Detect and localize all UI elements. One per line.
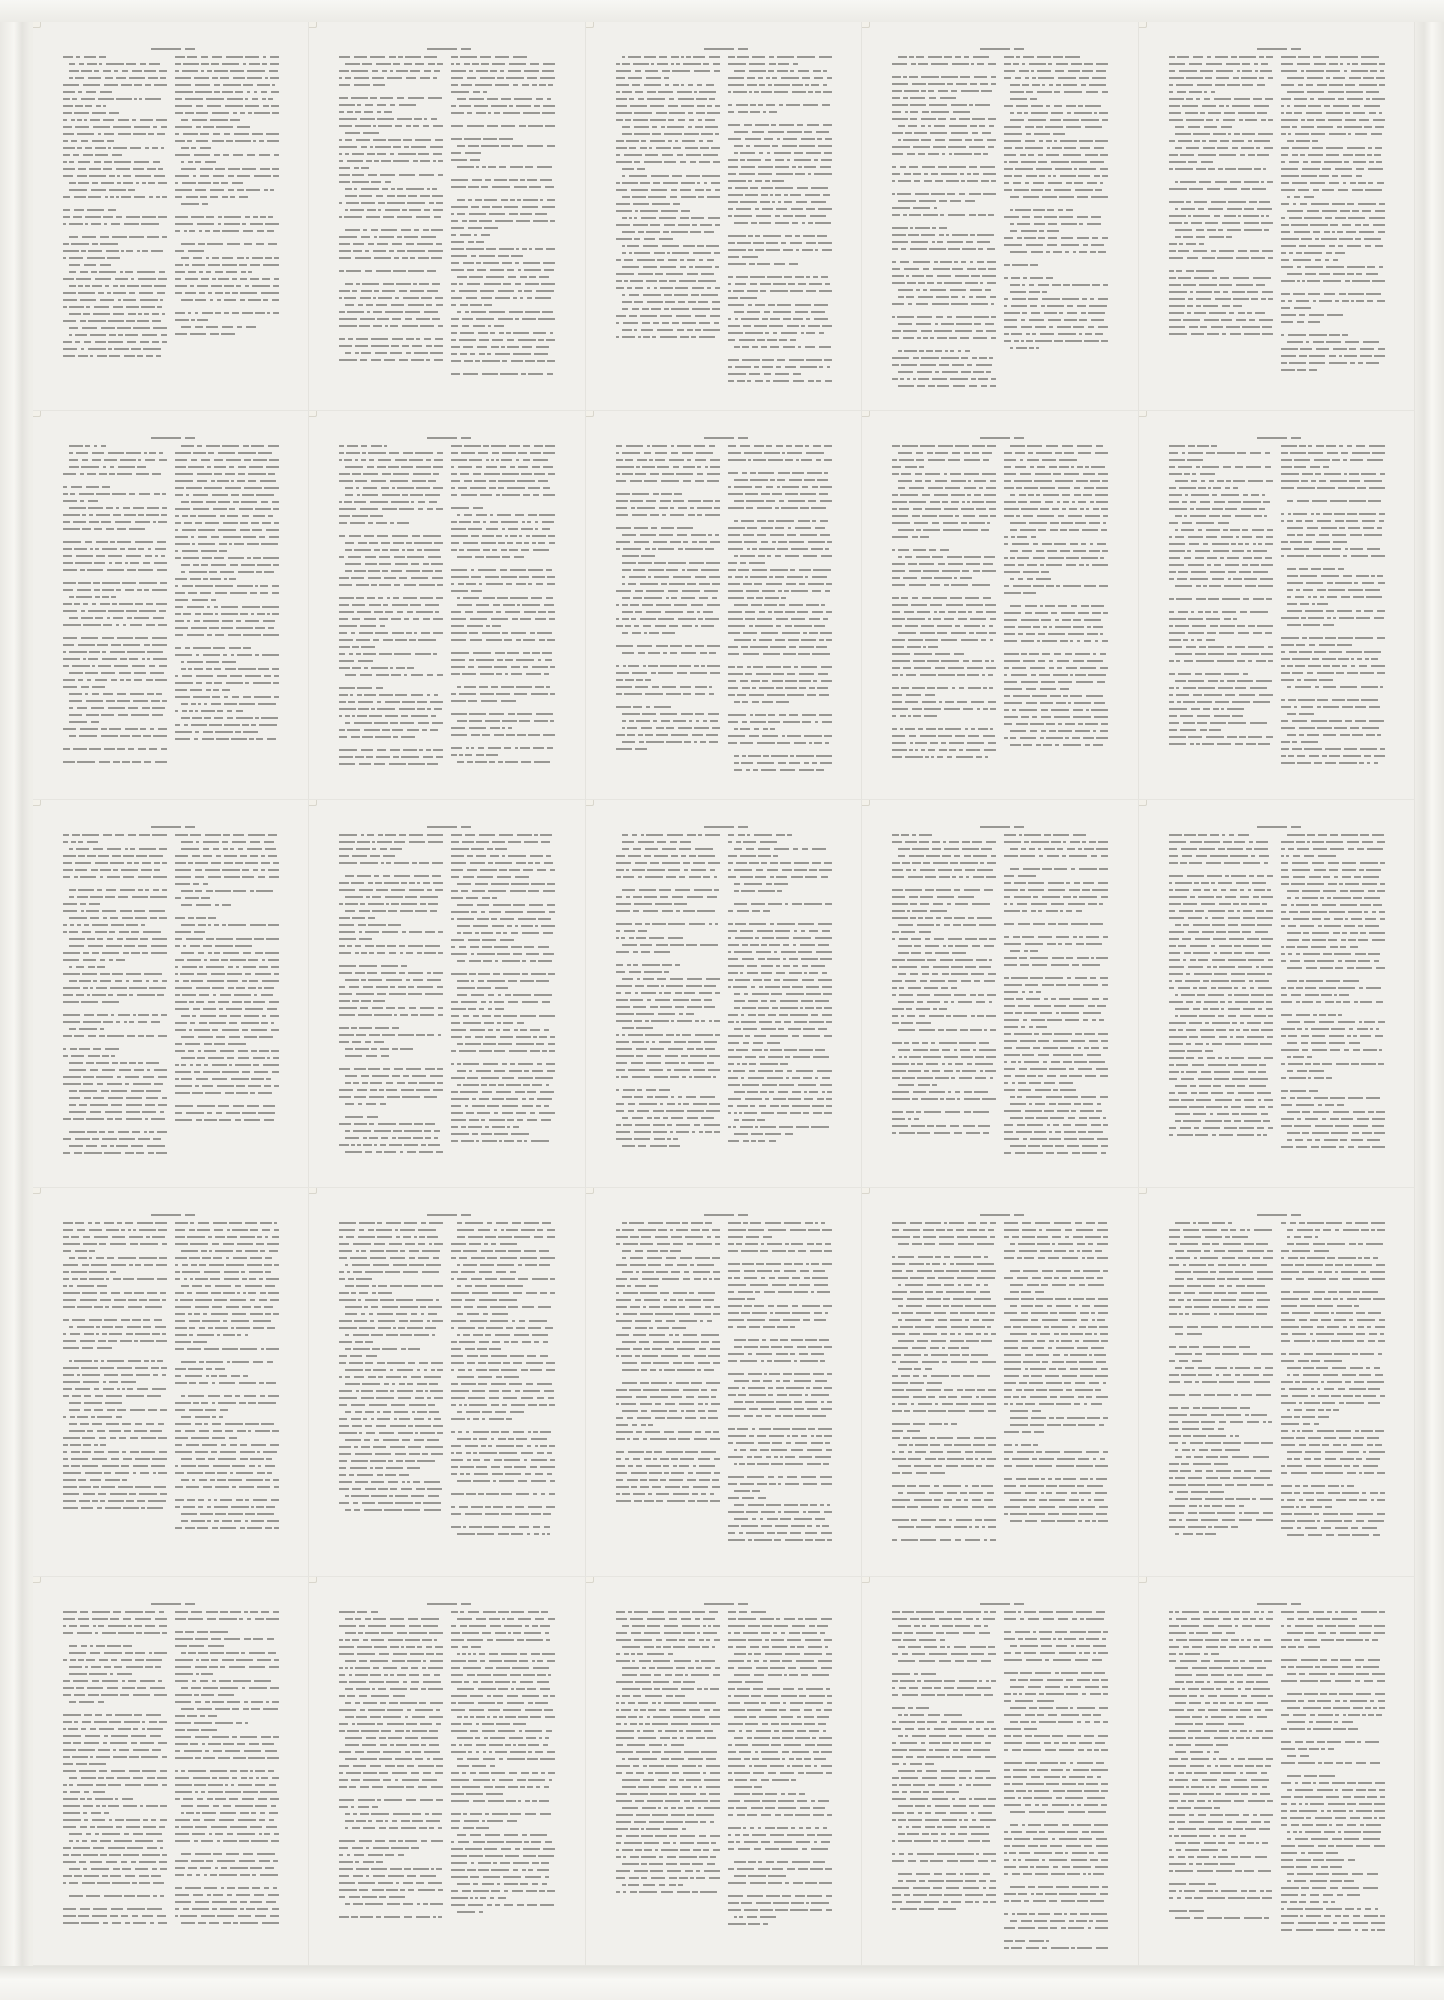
mounting-hinge bbox=[586, 22, 594, 28]
page-header bbox=[862, 437, 1137, 440]
page-header bbox=[862, 48, 1137, 51]
text-column-1 bbox=[339, 834, 443, 1158]
page-r4c3 bbox=[586, 1188, 862, 1577]
page-r5c5 bbox=[1139, 1577, 1415, 1966]
text-column-2 bbox=[175, 1611, 279, 1929]
page-header bbox=[309, 826, 584, 829]
page-header bbox=[33, 826, 308, 829]
page-grid bbox=[33, 22, 1415, 1966]
mounting-hinge bbox=[1139, 411, 1147, 417]
mounting-hinge bbox=[33, 411, 41, 417]
mounting-hinge bbox=[1139, 800, 1147, 806]
mounting-hinge bbox=[1139, 22, 1147, 28]
mounting-hinge bbox=[1139, 1577, 1147, 1583]
page-header bbox=[309, 1214, 584, 1217]
page-header bbox=[1139, 437, 1414, 440]
mounting-hinge bbox=[309, 1188, 317, 1194]
text-column-2 bbox=[451, 445, 555, 768]
page-r1c4 bbox=[862, 22, 1138, 411]
mounting-hinge bbox=[309, 22, 317, 28]
page-header bbox=[309, 48, 584, 51]
text-column-1 bbox=[63, 1222, 167, 1514]
text-column-1 bbox=[892, 56, 996, 392]
text-column-2 bbox=[1004, 445, 1108, 751]
page-header bbox=[33, 1603, 308, 1606]
text-column-1 bbox=[1169, 445, 1273, 750]
page-r3c3 bbox=[586, 800, 862, 1189]
page-r4c1 bbox=[33, 1188, 309, 1577]
page-header bbox=[586, 437, 861, 440]
page-header bbox=[1139, 48, 1414, 51]
text-column-1 bbox=[1169, 1222, 1273, 1540]
text-column-1 bbox=[63, 445, 167, 768]
page-header bbox=[586, 1603, 861, 1606]
mounting-hinge bbox=[862, 800, 870, 806]
mounting-hinge bbox=[33, 1577, 41, 1583]
text-column-1 bbox=[339, 56, 443, 366]
text-column-2 bbox=[1281, 445, 1385, 769]
text-column-2 bbox=[728, 834, 832, 1153]
page-r1c2 bbox=[309, 22, 585, 411]
text-column-2 bbox=[1281, 1611, 1385, 1936]
mounting-hinge bbox=[1139, 1188, 1147, 1194]
page-r1c3 bbox=[586, 22, 862, 411]
page-r2c1 bbox=[33, 411, 309, 800]
page-r2c3 bbox=[586, 411, 862, 800]
mounting-hinge bbox=[309, 1577, 317, 1583]
text-column-2 bbox=[175, 834, 279, 1126]
page-r3c1 bbox=[33, 800, 309, 1189]
frame-top-edge bbox=[0, 0, 1444, 22]
page-header bbox=[33, 437, 308, 440]
text-column-1 bbox=[616, 1222, 720, 1507]
text-column-1 bbox=[892, 1611, 996, 1915]
text-column-2 bbox=[175, 445, 279, 745]
page-header bbox=[33, 48, 308, 51]
page-r2c2 bbox=[309, 411, 585, 800]
text-column-2 bbox=[451, 56, 555, 380]
page-header bbox=[862, 1603, 1137, 1606]
text-column-1 bbox=[616, 56, 720, 343]
page-r1c5 bbox=[1139, 22, 1415, 411]
mounting-hinge bbox=[309, 800, 317, 806]
page-r4c2 bbox=[309, 1188, 585, 1577]
page-r2c5 bbox=[1139, 411, 1415, 800]
page-r1c1 bbox=[33, 22, 309, 411]
mounting-hinge bbox=[309, 411, 317, 417]
page-r5c4 bbox=[862, 1577, 1138, 1966]
page-header bbox=[33, 1214, 308, 1217]
page-r3c5 bbox=[1139, 800, 1415, 1189]
text-column-2 bbox=[728, 1222, 832, 1546]
mounting-hinge bbox=[862, 1188, 870, 1194]
text-column-2 bbox=[1281, 1222, 1385, 1541]
text-column-1 bbox=[339, 1222, 443, 1516]
page-header bbox=[862, 1214, 1137, 1217]
page-header bbox=[862, 826, 1137, 829]
text-column-1 bbox=[1169, 834, 1273, 1147]
text-column-2 bbox=[1281, 56, 1385, 376]
page-r5c3 bbox=[586, 1577, 862, 1966]
page-r5c1 bbox=[33, 1577, 309, 1966]
page-r5c2 bbox=[309, 1577, 585, 1966]
mounting-hinge bbox=[862, 1577, 870, 1583]
text-column-2 bbox=[728, 1611, 832, 1930]
mounting-hinge bbox=[586, 1188, 594, 1194]
page-r3c4 bbox=[862, 800, 1138, 1189]
text-column-2 bbox=[728, 56, 832, 387]
mounting-hinge bbox=[586, 1577, 594, 1583]
mounting-hinge bbox=[33, 1188, 41, 1194]
text-column-2 bbox=[175, 56, 279, 340]
mounting-hinge bbox=[586, 411, 594, 417]
text-column-1 bbox=[1169, 56, 1273, 340]
text-column-1 bbox=[63, 56, 167, 362]
frame-bottom-edge bbox=[0, 1966, 1444, 2000]
text-column-2 bbox=[1004, 834, 1108, 1159]
text-column-2 bbox=[1004, 56, 1108, 354]
text-column-1 bbox=[892, 1222, 996, 1546]
text-column-2 bbox=[1004, 1222, 1108, 1527]
text-column-1 bbox=[339, 1611, 443, 1923]
text-column-1 bbox=[63, 1611, 167, 1929]
mounting-hinge bbox=[862, 411, 870, 417]
text-column-2 bbox=[451, 1222, 555, 1540]
text-column-1 bbox=[616, 445, 720, 755]
text-column-2 bbox=[451, 834, 555, 1147]
page-header bbox=[309, 437, 584, 440]
mounting-hinge bbox=[33, 22, 41, 28]
page-header bbox=[309, 1603, 584, 1606]
text-column-2 bbox=[175, 1222, 279, 1534]
page-header bbox=[586, 826, 861, 829]
text-column-1 bbox=[892, 834, 996, 1139]
text-column-2 bbox=[1004, 1611, 1108, 1954]
text-column-2 bbox=[451, 1611, 555, 1918]
page-header bbox=[586, 48, 861, 51]
text-column-1 bbox=[339, 445, 443, 770]
page-r4c5 bbox=[1139, 1188, 1415, 1577]
page-r2c4 bbox=[862, 411, 1138, 800]
page-header bbox=[1139, 1603, 1414, 1606]
text-column-1 bbox=[616, 834, 720, 1152]
mounting-hinge bbox=[862, 22, 870, 28]
mounting-hinge bbox=[33, 800, 41, 806]
text-column-2 bbox=[728, 445, 832, 776]
page-header bbox=[1139, 1214, 1414, 1217]
page-r3c2 bbox=[309, 800, 585, 1189]
text-column-2 bbox=[1281, 834, 1385, 1153]
text-column-1 bbox=[1169, 1611, 1273, 1930]
text-column-1 bbox=[616, 1611, 720, 1898]
text-column-1 bbox=[63, 834, 167, 1165]
page-header bbox=[586, 1214, 861, 1217]
page-r4c4 bbox=[862, 1188, 1138, 1577]
text-column-1 bbox=[892, 445, 996, 763]
page-header bbox=[1139, 826, 1414, 829]
mounting-hinge bbox=[586, 800, 594, 806]
